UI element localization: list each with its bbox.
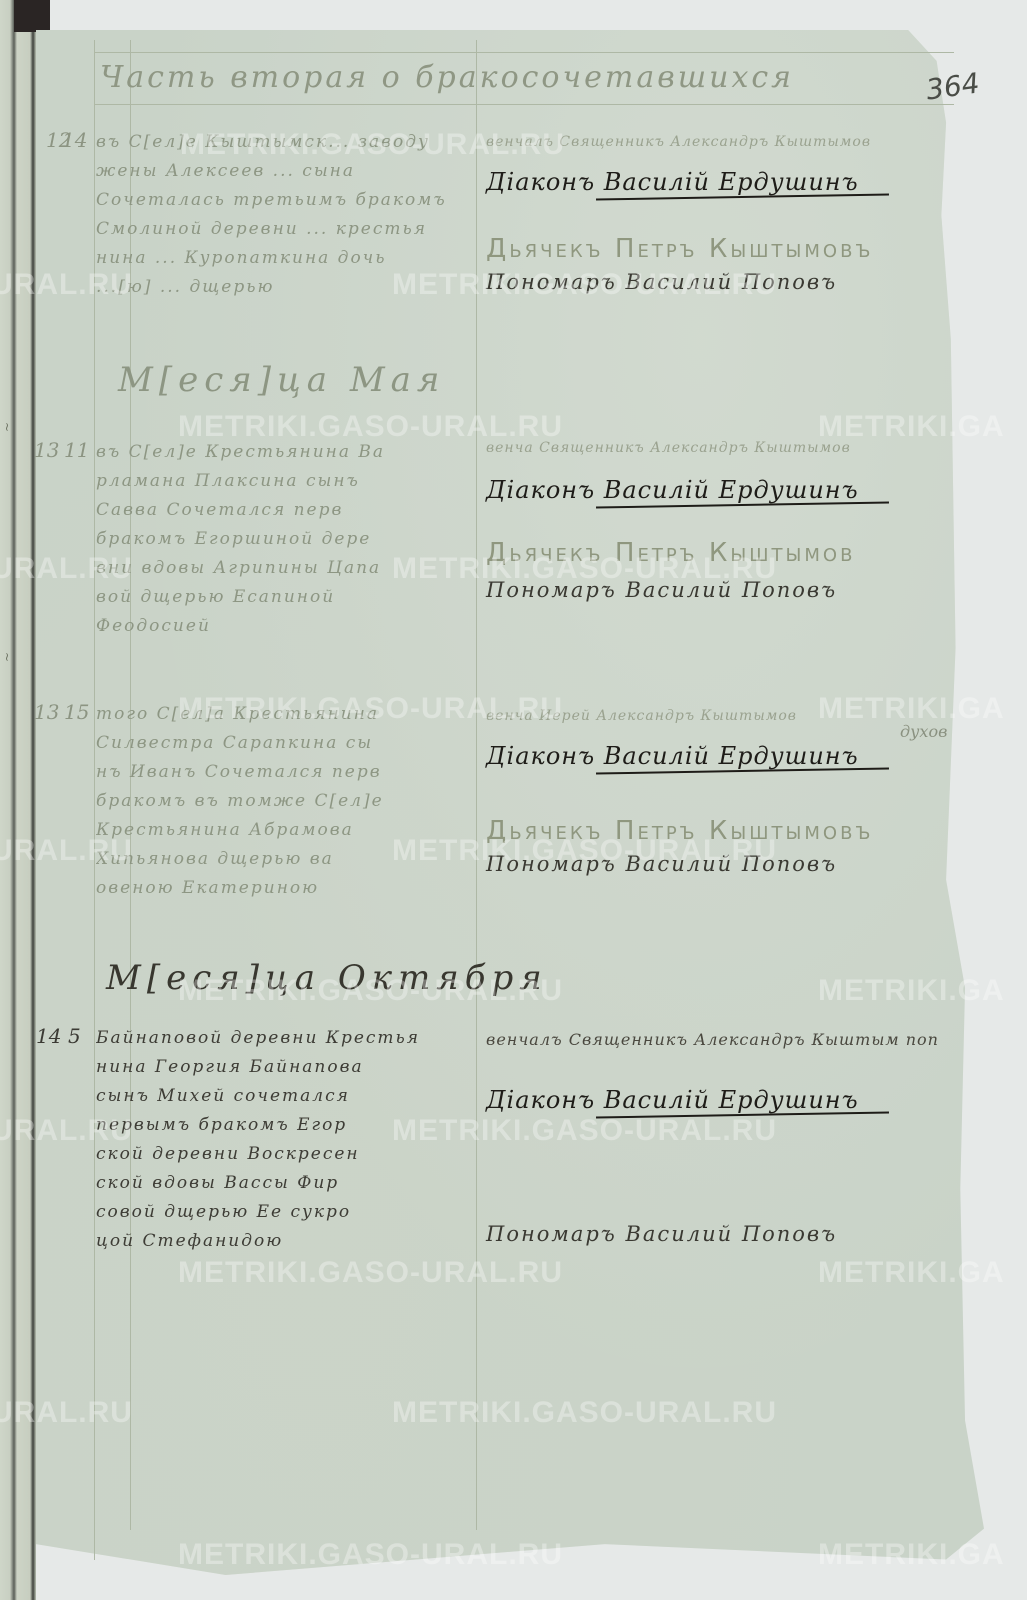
entry-day: 15 (64, 700, 89, 724)
watermark: -URAL.RU (0, 552, 133, 586)
record-line: Силвестра Сарапкина сы (96, 729, 466, 758)
record-line: Сочеталась третьимъ бракомъ (96, 186, 466, 215)
record-line: бракомъ въ томже С[ел]е (96, 787, 466, 816)
watermark: METRIKI.GA (818, 692, 1005, 726)
entry-row-number: 14 (36, 1024, 61, 1048)
record-line: рламана Плаксина сынъ (96, 467, 466, 496)
record-line: Савва Сочетался перв (96, 496, 466, 525)
watermark: METRIKI.GASO-URAL.RU (392, 1396, 777, 1430)
entry-day: 11 (64, 438, 89, 462)
record-line: Феодосией (96, 612, 466, 641)
record-line: цой Стефанидою (96, 1227, 466, 1256)
watermark: METRIKI.GASO-URAL.RU (178, 1538, 563, 1572)
header-rule-bottom (94, 104, 954, 105)
record-line: сынъ Михей сочетался (96, 1082, 466, 1111)
watermark: -URAL.RU (0, 1114, 133, 1148)
watermark: METRIKI.GASO-URAL.RU (178, 692, 563, 726)
watermark: METRIKI.GA (818, 974, 1005, 1008)
record-line: Байнаповой деревни Крестья (96, 1024, 466, 1053)
watermark: METRIKI.GA (818, 1256, 1005, 1290)
watermark: METRIKI.GASO-URAL.RU (178, 1256, 563, 1290)
watermark: -URAL.RU (0, 1396, 133, 1430)
watermark: METRIKI.GASO-URAL.RU (392, 1114, 777, 1148)
folio-number: 364 (924, 66, 982, 106)
record-line: овеною Екатериною (96, 874, 466, 903)
deacon-signature: Діаконъ Василій Ердушинъ (486, 742, 859, 770)
watermark: METRIKI.GASO-URAL.RU (392, 268, 777, 302)
page-title: Часть вторая о бракосочетавшихся (100, 60, 794, 95)
watermark: METRIKI.GASO-URAL.RU (180, 128, 565, 162)
month-header: М[еся]ца Мая (118, 360, 445, 400)
entry-row-number: 13 (34, 438, 59, 462)
entry-record-text: того С[ел]а Крестьянина Силвестра Сарапк… (96, 700, 466, 903)
entry-record-text: въ С[ел]е Крестьянина Ва рламана Плаксин… (96, 438, 466, 641)
watermark: -URAL.RU (0, 268, 133, 302)
record-line: ской вдовы Вассы Фир (96, 1169, 466, 1198)
record-line: нина Георгия Байнапова (96, 1053, 466, 1082)
record-line: Смолиной деревни ... крестья (96, 215, 466, 244)
binding-cover-corner (14, 0, 50, 32)
watermark: METRIKI.GASO-URAL.RU (392, 552, 777, 586)
facing-page-fragment: ~ (0, 652, 14, 662)
officiant-note: венчалъ Священникъ Александръ Кыштым поп (486, 1030, 966, 1049)
sexton-name: Пономаръ Василий Поповъ (486, 1222, 837, 1246)
record-line: совой дщерью Ее сукро (96, 1198, 466, 1227)
watermark: METRIKI.GA (818, 410, 1005, 444)
deacon-signature: Діаконъ Василій Ердушинъ (486, 168, 859, 196)
facing-page-fragment: ~ (0, 422, 14, 432)
watermark: -URAL.RU (0, 834, 133, 868)
book-binding (0, 0, 36, 1600)
record-line: вой дщерью Есапиной (96, 583, 466, 612)
entry-row-number: 13 (34, 700, 59, 724)
watermark: METRIKI.GASO-URAL.RU (178, 410, 563, 444)
entry-day: 14 (62, 128, 87, 152)
deacon-signature: Діаконъ Василій Ердушинъ (486, 476, 859, 504)
clerk-name: Дьячекъ Петръ Кыштымовъ (486, 234, 873, 264)
record-line: бракомъ Егоршиной дере (96, 525, 466, 554)
watermark: METRIKI.GASO-URAL.RU (178, 974, 563, 1008)
deacon-signature: Діаконъ Василій Ердушинъ (486, 1086, 859, 1114)
watermark: METRIKI.GA (818, 1538, 1005, 1572)
record-line: нъ Иванъ Сочетался перв (96, 758, 466, 787)
header-rule-top (94, 52, 954, 53)
entry-day: 5 (68, 1024, 81, 1048)
watermark: METRIKI.GASO-URAL.RU (392, 834, 777, 868)
column-rule-middle (476, 40, 477, 1530)
